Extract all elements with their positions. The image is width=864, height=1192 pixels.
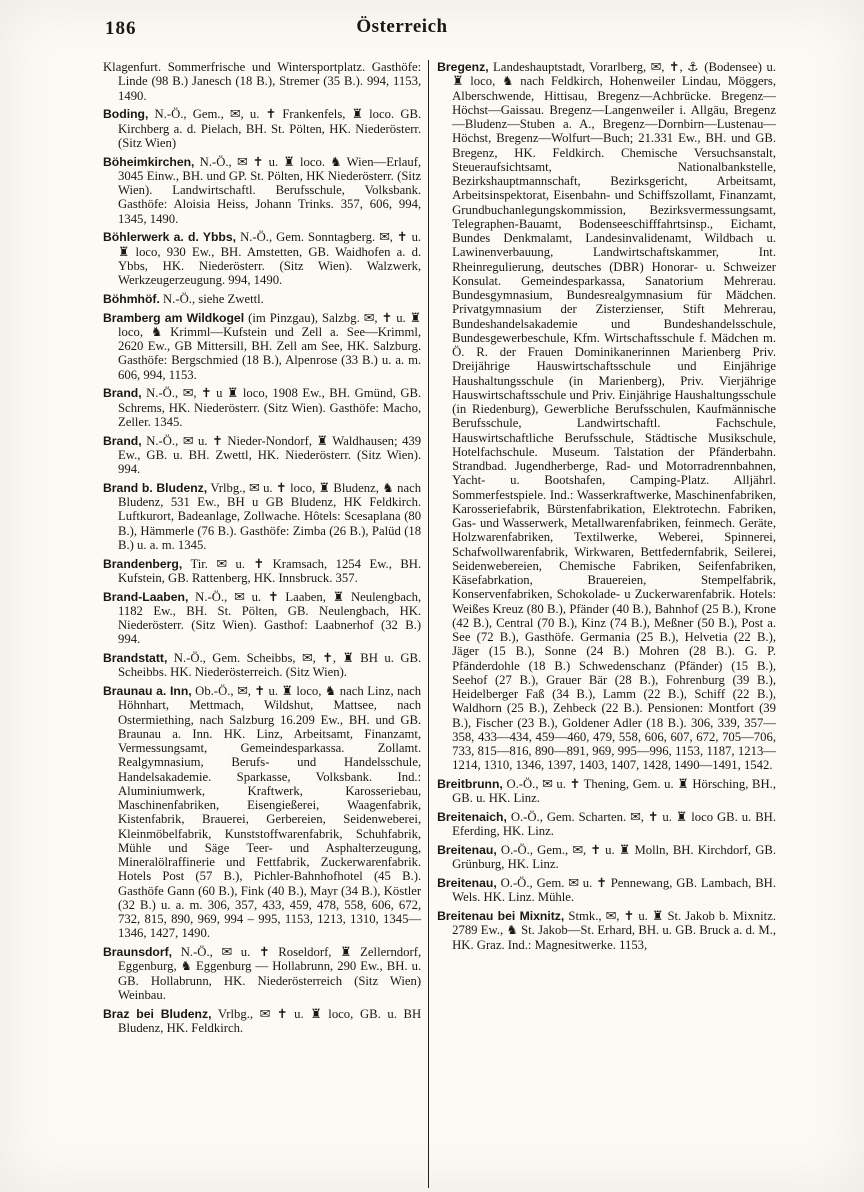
entry-body: N.-Ö., Gem., ✉, u. ✝ Frankenfels, ♜ loco… xyxy=(118,107,421,150)
entry-body: O.-Ö., Gem., ✉, ✝ u. ♜ Molln, BH. Kirchd… xyxy=(452,843,776,871)
entry-name: Breitenaich, xyxy=(437,810,507,824)
entry-name: Brand, xyxy=(103,386,142,400)
entry-boehmhoef: Böhmhöf. N.-Ö., siehe Zwettl. xyxy=(103,292,421,306)
entry-brandenberg: Brandenberg, Tir. ✉ u. ✝ Kramsach, 1254 … xyxy=(103,557,421,586)
entry-body: N.-Ö., ✉, ✝ u ♜ loco, 1908 Ew., BH. Gmün… xyxy=(118,386,421,429)
entry-body: Klagenfurt. Sommerfrische und Winterspor… xyxy=(103,60,421,103)
entry-breitenau-1: Breitenau, O.-Ö., Gem., ✉, ✝ u. ♜ Molln,… xyxy=(437,843,776,872)
entry-name: Breitenau, xyxy=(437,843,497,857)
entry-breitenau-2: Breitenau, O.-Ö., Gem. ✉ u. ✝ Pennewang,… xyxy=(437,876,776,905)
entry-boeheimkirchen: Böheimkirchen, N.-Ö., ✉ ✝ u. ♜ loco. ♞ W… xyxy=(103,155,421,226)
entry-name: Böheimkirchen, xyxy=(103,155,194,169)
column-left: Klagenfurt. Sommerfrische und Winterspor… xyxy=(103,60,428,1188)
entry-boding: Boding, N.-Ö., Gem., ✉, u. ✝ Frankenfels… xyxy=(103,107,421,150)
entry-name: Böhlerwerk a. d. Ybbs, xyxy=(103,230,236,244)
entry-brand-b-bludenz: Brand b. Bludenz, Vrlbg., ✉ u. ✝ loco, ♜… xyxy=(103,481,421,552)
entry-brand-2: Brand, N.-Ö., ✉ u. ✝ Nieder-Nondorf, ♜ W… xyxy=(103,434,421,477)
column-right: Bregenz, Landeshauptstadt, Vorarlberg, ✉… xyxy=(428,60,776,1188)
entry-body: N.-Ö., ✉ u. ✝ Nieder-Nondorf, ♜ Waldhaus… xyxy=(118,434,421,477)
entry-name: Brandstatt, xyxy=(103,651,167,665)
entry-body: O.-Ö., Gem. ✉ u. ✝ Pennewang, GB. Lambac… xyxy=(452,876,776,904)
entry-name: Brand-Laaben, xyxy=(103,590,188,604)
entry-brand-1: Brand, N.-Ö., ✉, ✝ u ♜ loco, 1908 Ew., B… xyxy=(103,386,421,429)
entry-body: Ob.-Ö., ✉, ✝ u. ♜ loco, ♞ nach Linz, nac… xyxy=(118,684,421,940)
entry-name: Breitenau, xyxy=(437,876,497,890)
entry-braunau-a-inn: Braunau a. Inn, Ob.-Ö., ✉, ✝ u. ♜ loco, … xyxy=(103,684,421,941)
entry-name: Boding, xyxy=(103,107,148,121)
entry-body: N.-Ö., siehe Zwettl. xyxy=(160,292,264,306)
entry-name: Bramberg am Wildkogel xyxy=(103,311,244,325)
entry-name: Bregenz, xyxy=(437,60,488,74)
entry-name: Breitbrunn, xyxy=(437,777,503,791)
entry-name: Brand b. Bludenz, xyxy=(103,481,207,495)
entry-name: Breitenau bei Mixnitz, xyxy=(437,909,564,923)
entry-name: Böhmhöf. xyxy=(103,292,160,306)
entry-name: Braunsdorf, xyxy=(103,945,172,959)
entry-breitenau-bei-mixnitz: Breitenau bei Mixnitz, Stmk., ✉, ✝ u. ♜ … xyxy=(437,909,776,952)
directory-page: 186 Österreich Klagenfurt. Sommerfrische… xyxy=(0,0,864,1192)
entry-brand-laaben: Brand-Laaben, N.-Ö., ✉ u. ✝ Laaben, ♜ Ne… xyxy=(103,590,421,647)
text-columns: Klagenfurt. Sommerfrische und Winterspor… xyxy=(103,60,776,1188)
entry-klagenfurt-continuation: Klagenfurt. Sommerfrische und Winterspor… xyxy=(103,60,421,103)
entry-breitbrunn: Breitbrunn, O.-Ö., ✉ u. ✝ Thening, Gem. … xyxy=(437,777,776,806)
entry-braunsdorf: Braunsdorf, N.-Ö., ✉ u. ✝ Roseldorf, ♜ Z… xyxy=(103,945,421,1002)
entry-bregenz: Bregenz, Landeshauptstadt, Vorarlberg, ✉… xyxy=(437,60,776,773)
entry-body: Landeshauptstadt, Vorarlberg, ✉, ✝, ⚓ (B… xyxy=(452,60,776,772)
entry-name: Braz bei Bludenz, xyxy=(103,1007,211,1021)
entry-brandstatt: Brandstatt, N.-Ö., Gem. Scheibbs, ✉, ✝, … xyxy=(103,651,421,680)
entry-breitenaich: Breitenaich, O.-Ö., Gem. Scharten. ✉, ✝ … xyxy=(437,810,776,839)
entry-bramberg: Bramberg am Wildkogel (im Pinzgau), Salz… xyxy=(103,311,421,382)
entry-name: Brand, xyxy=(103,434,142,448)
entry-name: Brandenberg, xyxy=(103,557,182,571)
entry-braz-bei-bludenz: Braz bei Bludenz, Vrlbg., ✉ ✝ u. ♜ loco,… xyxy=(103,1007,421,1036)
page-header: 186 Österreich xyxy=(105,16,769,46)
entry-name: Braunau a. Inn, xyxy=(103,684,192,698)
entry-boehlerwerk: Böhlerwerk a. d. Ybbs, N.-Ö., Gem. Sonnt… xyxy=(103,230,421,287)
page-title: Österreich xyxy=(105,16,699,38)
